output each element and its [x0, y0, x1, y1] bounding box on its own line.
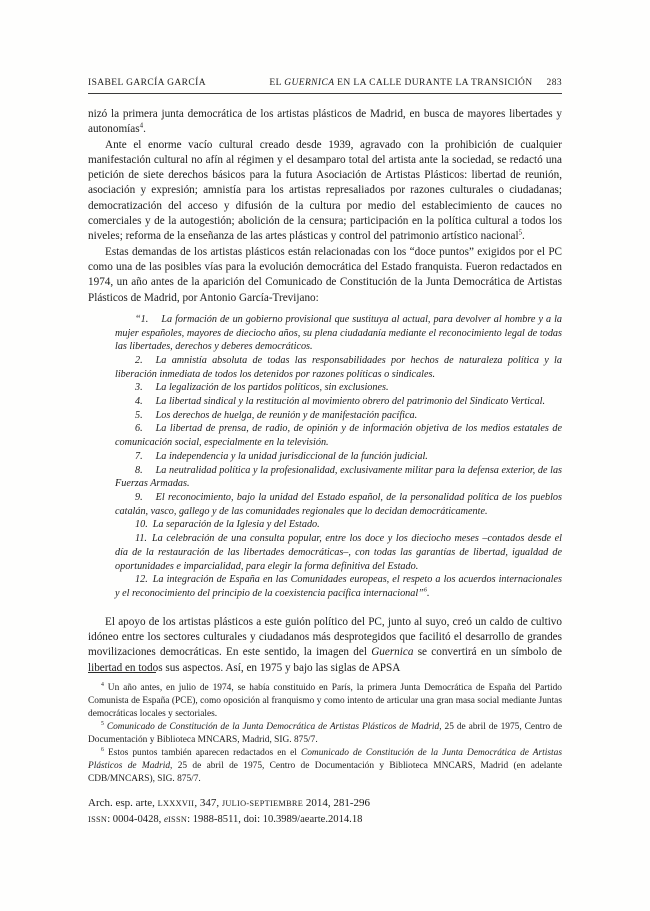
- journal-citation-line: Arch. esp. arte, LXXXVII, 347, JULIO-SEP…: [88, 796, 562, 812]
- paragraph-text-end: .: [522, 230, 525, 242]
- body-paragraph-closing: El apoyo de los artistas plásticos a est…: [88, 615, 562, 676]
- quote-item-number: 9.: [135, 492, 143, 503]
- quote-item-text: La neutralidad política y la profesional…: [115, 465, 562, 490]
- issn-label: ISSN: [88, 815, 107, 824]
- guernica-italic: Guernica: [371, 646, 413, 658]
- quote-item-text: La legalización de los partidos político…: [156, 382, 389, 393]
- footnote-4: 4 Un año antes, en julio de 1974, se hab…: [88, 682, 562, 721]
- page-content: ISABEL GARCÍA GARCÍA EL GUERNICA EN LA C…: [88, 78, 562, 676]
- quote-item-4: 4.La libertad sindical y la restitución …: [115, 395, 562, 409]
- footnote-area: 4 Un año antes, en julio de 1974, se hab…: [88, 672, 562, 786]
- footnote-italic-title: Comunicado de Constitución de la Junta D…: [104, 722, 439, 732]
- journal-footer: Arch. esp. arte, LXXXVII, 347, JULIO-SEP…: [88, 796, 562, 827]
- quote-block: “1.La formación de un gobierno provision…: [115, 313, 562, 601]
- eissn-doi-value: : 1988-8511, doi: 10.3989/aearte.2014.18: [187, 814, 362, 825]
- header-title-post: EN LA CALLE DURANTE LA TRANSICIÓN: [334, 78, 532, 88]
- footnote-list: 4 Un año antes, en julio de 1974, se hab…: [88, 682, 562, 786]
- paragraph-text: nizó la primera junta democrática de los…: [88, 108, 562, 135]
- footnote-5: 5 Comunicado de Constitución de la Junta…: [88, 721, 562, 747]
- quote-item-number: 4.: [135, 396, 143, 407]
- citation-text: , 347,: [194, 797, 222, 809]
- header-title-italic: GUERNICA: [284, 78, 334, 88]
- footnote-text-pre: Estos puntos también aparecen redactados…: [104, 748, 301, 758]
- header-author: ISABEL GARCÍA GARCÍA: [88, 78, 206, 88]
- citation-text: 2014, 281-296: [303, 797, 370, 809]
- volume-smallcaps: LXXXVII: [158, 799, 195, 808]
- quote-item-text: Los derechos de huelga, de reunión y de …: [156, 410, 418, 421]
- quote-item-number: 12.: [135, 574, 148, 585]
- quote-item-text: La amnistía absoluta de todas las respon…: [115, 355, 562, 380]
- quote-item-number: 6.: [135, 423, 143, 434]
- issn-doi-line: ISSN: 0004-0428, eISSN: 1988-8511, doi: …: [88, 812, 562, 828]
- body-paragraph-2: Ante el enorme vacío cultural creado des…: [88, 138, 562, 245]
- quote-item-2: 2.La amnistía absoluta de todas las resp…: [115, 354, 562, 381]
- journal-page: ISABEL GARCÍA GARCÍA EL GUERNICA EN LA C…: [0, 0, 650, 911]
- quote-item-number: 5.: [135, 410, 143, 421]
- quote-item-text: La separación de la Iglesia y del Estado…: [153, 519, 320, 530]
- quote-item-text: La libertad sindical y la restitución al…: [156, 396, 545, 407]
- quote-item-12: 12.La integración de España en las Comun…: [115, 573, 562, 600]
- running-header: ISABEL GARCÍA GARCÍA EL GUERNICA EN LA C…: [88, 78, 562, 94]
- footnote-separator: [88, 672, 156, 673]
- quote-item-11: 11.La celebración de una consulta popula…: [115, 532, 562, 573]
- quote-item-7: 7.La independencia y la unidad jurisdicc…: [115, 450, 562, 464]
- body-paragraph-3: Estas demandas de los artistas plásticos…: [88, 245, 562, 306]
- header-title: EL GUERNICA EN LA CALLE DURANTE LA TRANS…: [269, 78, 562, 88]
- paragraph-text-end: .: [143, 123, 146, 135]
- paragraph-text: Estas demandas de los artistas plásticos…: [88, 246, 562, 304]
- issn-value: : 0004-0428,: [107, 814, 164, 825]
- quote-item-3: 3.La legalización de los partidos políti…: [115, 381, 562, 395]
- quote-item-text: La libertad de prensa, de radio, de opin…: [115, 423, 562, 448]
- issue-months-smallcaps: JULIO-SEPTIEMBRE: [222, 799, 303, 808]
- footnote-text: Un año antes, en julio de 1974, se había…: [88, 683, 562, 719]
- body-text: nizó la primera junta democrática de los…: [88, 107, 562, 676]
- quote-item-1: “1.La formación de un gobierno provision…: [115, 313, 562, 354]
- quote-item-8: 8.La neutralidad política y la profesion…: [115, 464, 562, 491]
- quote-item-6: 6.La libertad de prensa, de radio, de op…: [115, 422, 562, 449]
- quote-item-number: 2.: [135, 355, 143, 366]
- quote-item-text: La independencia y la unidad jurisdiccio…: [156, 451, 428, 462]
- quote-item-number: 3.: [135, 382, 143, 393]
- header-page-number: 283: [547, 78, 562, 88]
- paragraph-text: Ante el enorme vacío cultural creado des…: [88, 139, 562, 243]
- quote-item-number: “1.: [135, 314, 148, 325]
- quote-item-number: 7.: [135, 451, 143, 462]
- quote-end-period: .: [427, 588, 430, 599]
- header-title-pre: EL: [269, 78, 284, 88]
- quote-item-text: La celebración de una consulta popular, …: [115, 533, 562, 571]
- citation-text: Arch. esp. arte,: [88, 797, 158, 809]
- quote-item-text: El reconocimiento, bajo la unidad del Es…: [115, 492, 562, 517]
- footnote-6: 6 Estos puntos también aparecen redactad…: [88, 747, 562, 786]
- quote-item-number: 8.: [135, 465, 143, 476]
- quote-item-text: La integración de España en las Comunida…: [115, 574, 562, 599]
- eissn-label: ISSN: [168, 815, 187, 824]
- quote-item-number: 10.: [135, 519, 148, 530]
- quote-item-5: 5.Los derechos de huelga, de reunión y d…: [115, 409, 562, 423]
- quote-item-number: 11.: [135, 533, 147, 544]
- body-paragraph-1: nizó la primera junta democrática de los…: [88, 107, 562, 138]
- quote-item-9: 9.El reconocimiento, bajo la unidad del …: [115, 491, 562, 518]
- quote-item-text: La formación de un gobierno provisional …: [115, 314, 562, 352]
- quote-item-10: 10.La separación de la Iglesia y del Est…: [115, 518, 562, 532]
